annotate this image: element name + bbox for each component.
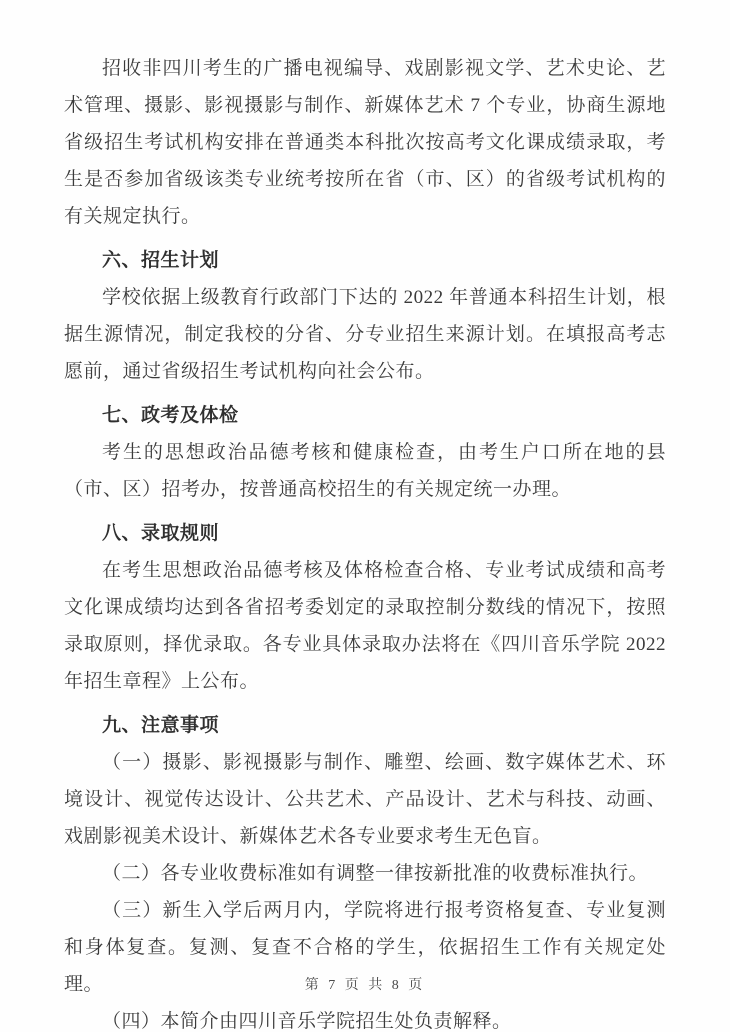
page-number: 第 7 页 共 8 页 bbox=[0, 974, 730, 994]
intro-paragraph: 招收非四川考生的广播电视编导、戏剧影视文学、艺术史论、艺术管理、摄影、影视摄影与… bbox=[64, 50, 666, 235]
section-heading-enrollment-plan: 六、招生计划 bbox=[64, 242, 666, 279]
section-paragraph-enrollment-plan: 学校依据上级教育行政部门下达的 2022 年普通本科招生计划，根据生源情况，制定… bbox=[64, 279, 666, 390]
section-heading-admission-rules: 八、录取规则 bbox=[64, 515, 666, 552]
section-heading-political-review-physical-exam: 七、政考及体检 bbox=[64, 397, 666, 434]
document-content: 招收非四川考生的广播电视编导、戏剧影视文学、艺术史论、艺术管理、摄影、影视摄影与… bbox=[0, 0, 730, 1032]
notes-item-4: （四）本简介由四川音乐学院招生处负责解释。 bbox=[64, 1003, 666, 1032]
notes-item-1: （一）摄影、影视摄影与制作、雕塑、绘画、数字媒体艺术、环境设计、视觉传达设计、公… bbox=[64, 744, 666, 855]
section-heading-notes: 九、注意事项 bbox=[64, 707, 666, 744]
section-paragraph-political-review-physical-exam: 考生的思想政治品德考核和健康检查，由考生户口所在地的县（市、区）招考办，按普通高… bbox=[64, 434, 666, 508]
section-paragraph-admission-rules: 在考生思想政治品德考核及体格检查合格、专业考试成绩和高考文化课成绩均达到各省招考… bbox=[64, 552, 666, 700]
notes-item-2: （二）各专业收费标准如有调整一律按新批准的收费标准执行。 bbox=[64, 855, 666, 892]
document-page: 招收非四川考生的广播电视编导、戏剧影视文学、艺术史论、艺术管理、摄影、影视摄影与… bbox=[0, 0, 730, 1032]
